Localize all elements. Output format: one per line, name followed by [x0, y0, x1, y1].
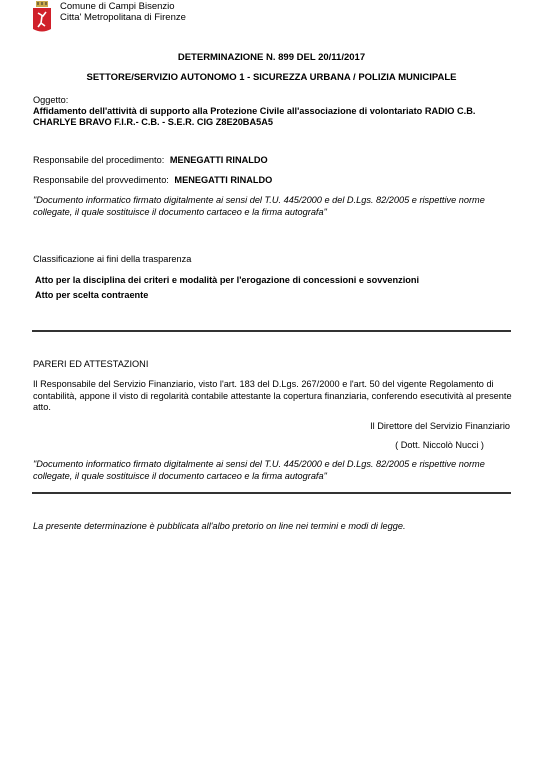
document-sector: SETTORE/SERVIZIO AUTONOMO 1 - SICUREZZA … — [0, 72, 543, 83]
coat-of-arms-icon — [32, 1, 52, 34]
municipality-name: Comune di Campi Bisenzio — [60, 1, 186, 12]
opinions-body-line-3: atto. — [33, 402, 513, 414]
section-divider — [32, 330, 511, 332]
metro-city-name: Citta' Metropolitana di Firenze — [60, 12, 186, 23]
section-divider — [32, 492, 511, 494]
classification-label: Classificazione ai fini della trasparenz… — [33, 254, 191, 264]
provision-responsible: Responsabile del provvedimento: MENEGATT… — [33, 175, 272, 185]
procedure-responsible-label: Responsabile del procedimento: — [33, 155, 164, 165]
document-title: DETERMINAZIONE N. 899 DEL 20/11/2017 — [0, 52, 543, 63]
opinions-body: Il Responsabile del Servizio Finanziario… — [33, 379, 513, 414]
publication-note: La presente determinazione è pubblicata … — [33, 521, 406, 531]
signer-role: Il Direttore del Servizio Finanziario — [300, 421, 510, 431]
procedure-responsible-value: MENEGATTI RINALDO — [170, 155, 268, 165]
digital-note-line-2: collegate, il quale sostituisce il docum… — [33, 207, 513, 219]
classification-item: Atto per la disciplina dei criteri e mod… — [35, 275, 419, 285]
procedure-responsible: Responsabile del procedimento: MENEGATTI… — [33, 155, 268, 165]
subject-line-1: Affidamento dell'attività di supporto al… — [33, 106, 475, 116]
opinions-body-line-1: Il Responsabile del Servizio Finanziario… — [33, 379, 513, 391]
opinions-heading: PARERI ED ATTESTAZIONI — [33, 359, 148, 369]
classification-item: Atto per scelta contraente — [35, 290, 148, 300]
signer-name: ( Dott. Niccolò Nucci ) — [300, 440, 484, 450]
provision-responsible-label: Responsabile del provvedimento: — [33, 175, 169, 185]
subject-line-2: CHARLYE BRAVO F.I.R.- C.B. - S.E.R. CIG … — [33, 117, 273, 127]
provision-responsible-value: MENEGATTI RINALDO — [174, 175, 272, 185]
opinions-digital-signature-note: "Documento informatico firmato digitalme… — [33, 459, 513, 482]
digital-note-line-1: "Documento informatico firmato digitalme… — [33, 195, 513, 207]
subject-label: Oggetto: — [33, 95, 68, 105]
header-institution: Comune di Campi Bisenzio Citta' Metropol… — [60, 1, 186, 23]
opinions-digital-note-line-2: collegate, il quale sostituisce il docum… — [33, 471, 513, 483]
opinions-digital-note-line-1: "Documento informatico firmato digitalme… — [33, 459, 513, 471]
opinions-body-line-2: contabilità, appone il visto di regolari… — [33, 391, 513, 403]
digital-signature-note: "Documento informatico firmato digitalme… — [33, 195, 513, 218]
